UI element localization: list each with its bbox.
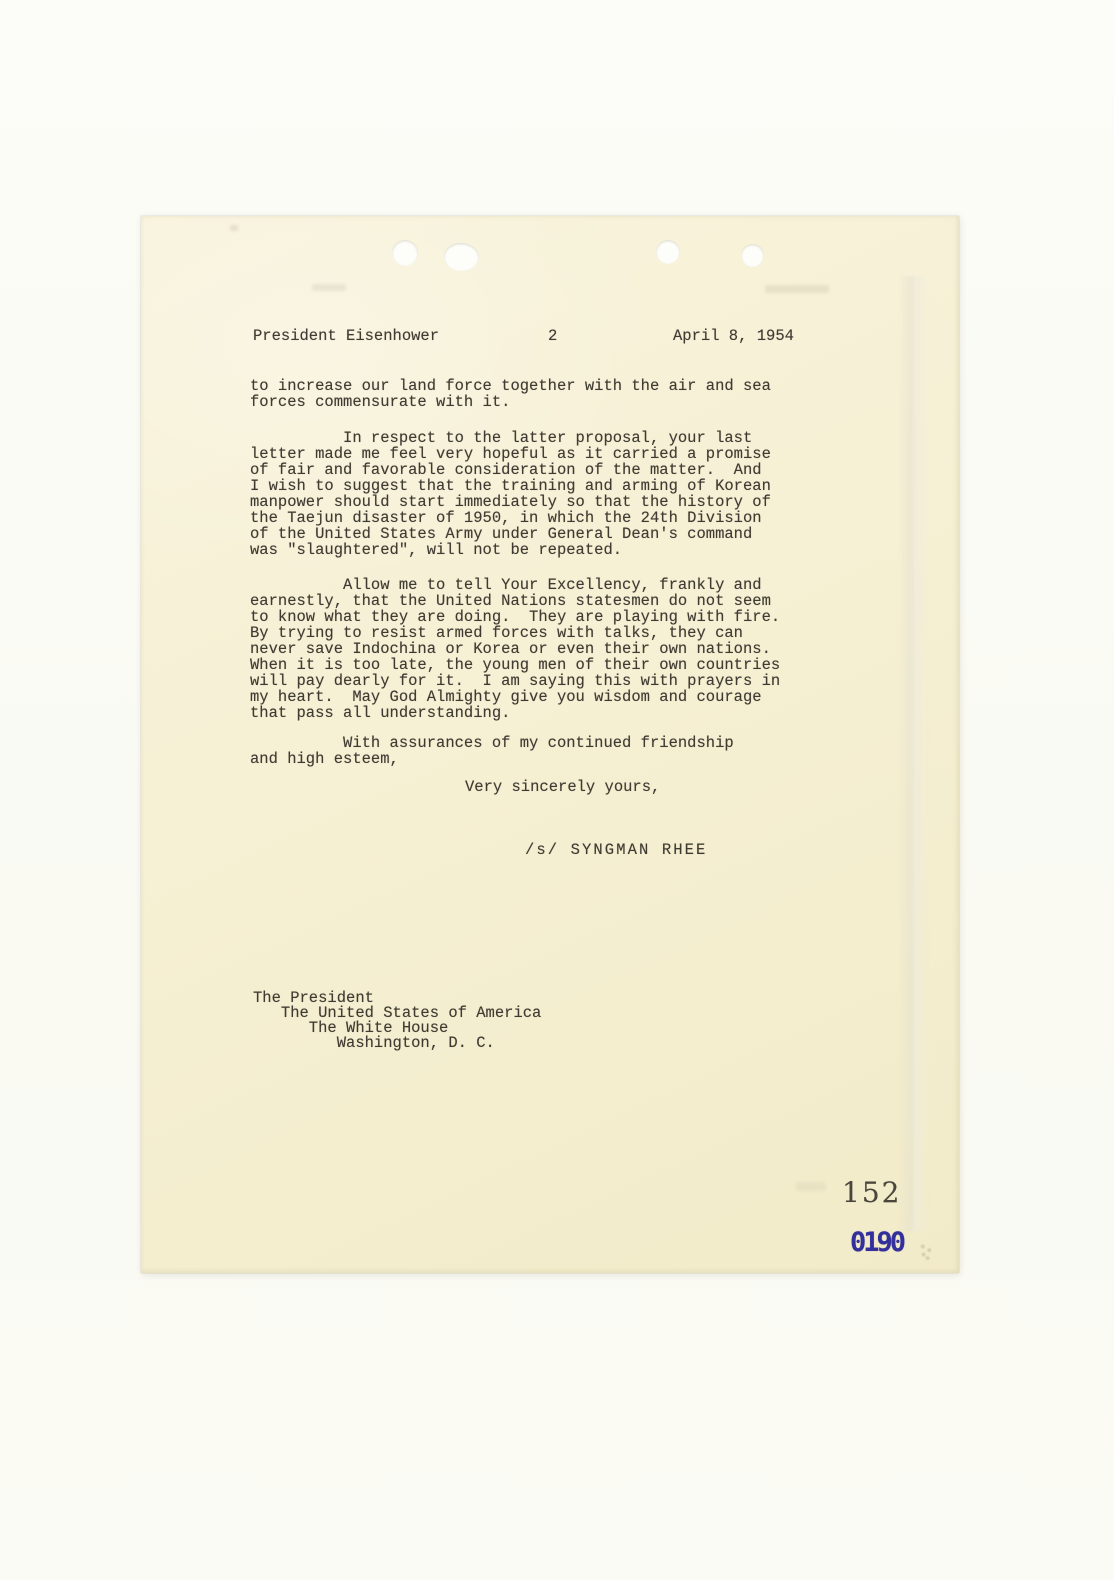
closing-line: Very sincerely yours, bbox=[465, 779, 660, 795]
header-addressee: President Eisenhower bbox=[253, 328, 439, 344]
punch-hole bbox=[741, 244, 764, 267]
ink-bleed-smudge bbox=[765, 285, 829, 293]
paper-mark bbox=[230, 225, 238, 231]
archive-number-stamp: 0190 bbox=[850, 1227, 903, 1258]
punch-hole bbox=[444, 243, 479, 271]
paragraph-4: With assurances of my continued friendsh… bbox=[250, 735, 734, 767]
paragraph-3: Allow me to tell Your Excellency, frankl… bbox=[250, 577, 780, 721]
paragraph-2: In respect to the latter proposal, your … bbox=[250, 430, 771, 558]
pencil-scribble bbox=[918, 1242, 934, 1260]
punch-hole bbox=[392, 240, 418, 266]
page-number-stamp: 152 bbox=[842, 1176, 901, 1209]
signature-line: /s/ SYNGMAN RHEE bbox=[525, 842, 707, 858]
header-date: April 8, 1954 bbox=[673, 328, 794, 344]
ink-bleed-smudge bbox=[796, 1182, 826, 1191]
ink-bleed-smudge bbox=[312, 284, 346, 291]
header-page-number: 2 bbox=[548, 328, 557, 344]
address-block: The President The United States of Ameri… bbox=[253, 991, 541, 1051]
scan-background: President Eisenhower 2 April 8, 1954 to … bbox=[0, 0, 1114, 1580]
letter-page: President Eisenhower 2 April 8, 1954 to … bbox=[141, 216, 959, 1273]
scan-light-band bbox=[899, 276, 929, 1231]
paragraph-1: to increase our land force together with… bbox=[250, 378, 771, 410]
punch-hole bbox=[656, 240, 680, 264]
